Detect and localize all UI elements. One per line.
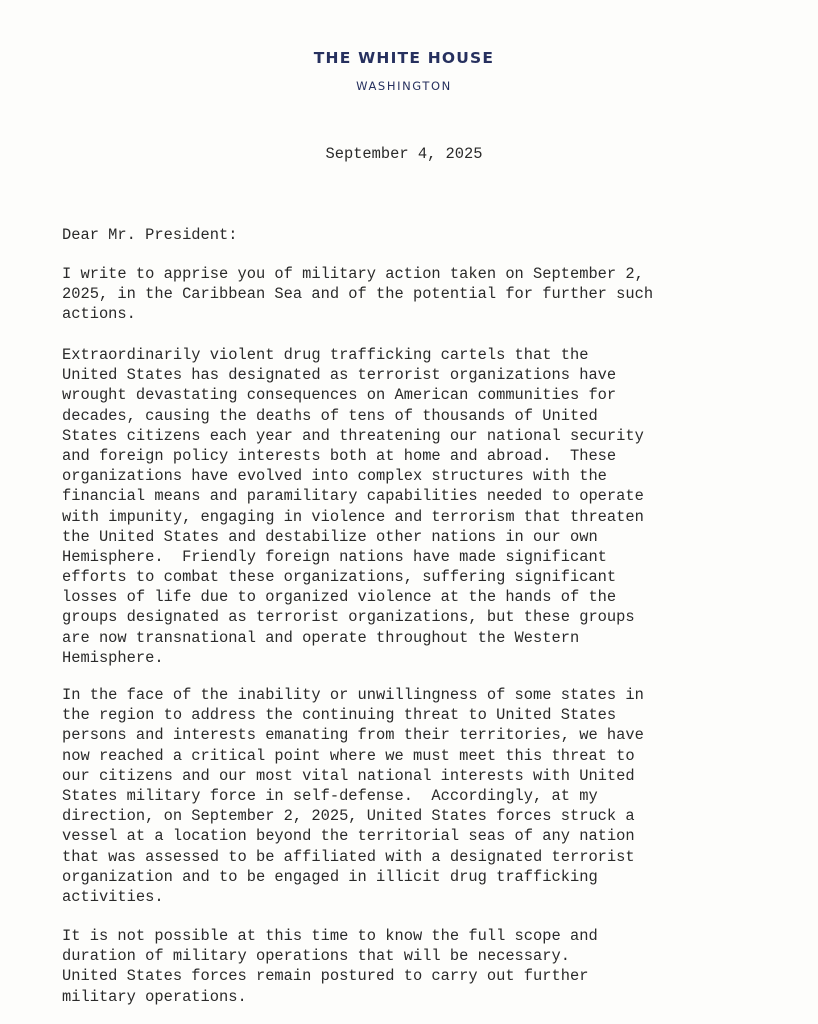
text-line: duration of military operations that wil… — [62, 946, 782, 966]
salutation: Dear Mr. President: — [62, 225, 782, 245]
text-line: decades, causing the deaths of tens of t… — [62, 406, 782, 426]
text-line: with impunity, engaging in violence and … — [62, 507, 782, 527]
text-line: the United States and destabilize other … — [62, 527, 782, 547]
text-line: organization and to be engaged in illici… — [62, 867, 782, 887]
text-line: wrought devastating consequences on Amer… — [62, 385, 782, 405]
text-line: groups designated as terrorist organizat… — [62, 607, 782, 627]
text-line: United States has designated as terroris… — [62, 365, 782, 385]
paragraph-1: I write to apprise you of military actio… — [62, 264, 782, 325]
letterhead: THE WHITE HOUSE WASHINGTON — [0, 48, 808, 94]
text-line: military operations. — [62, 987, 782, 1007]
text-line: I write to apprise you of military actio… — [62, 264, 782, 284]
text-line: efforts to combat these organizations, s… — [62, 567, 782, 587]
letter-date: September 4, 2025 — [0, 144, 808, 164]
text-line: direction, on September 2, 2025, United … — [62, 806, 782, 826]
text-line: States military force in self-defense. A… — [62, 786, 782, 806]
text-line: persons and interests emanating from the… — [62, 725, 782, 745]
letterhead-subtitle: WASHINGTON — [0, 78, 808, 94]
text-line: activities. — [62, 887, 782, 907]
letterhead-title: THE WHITE HOUSE — [0, 48, 808, 68]
paragraph-3: In the face of the inability or unwillin… — [62, 685, 782, 907]
text-line: and foreign policy interests both at hom… — [62, 446, 782, 466]
text-line: Extraordinarily violent drug trafficking… — [62, 345, 782, 365]
text-line: are now transnational and operate throug… — [62, 628, 782, 648]
text-line: In the face of the inability or unwillin… — [62, 685, 782, 705]
text-line: United States forces remain postured to … — [62, 966, 782, 986]
text-line: now reached a critical point where we mu… — [62, 746, 782, 766]
text-line: our citizens and our most vital national… — [62, 766, 782, 786]
text-line: actions. — [62, 304, 782, 324]
text-line: organizations have evolved into complex … — [62, 466, 782, 486]
text-line: It is not possible at this time to know … — [62, 926, 782, 946]
paragraph-2: Extraordinarily violent drug trafficking… — [62, 345, 782, 668]
text-line: States citizens each year and threatenin… — [62, 426, 782, 446]
text-line: that was assessed to be affiliated with … — [62, 847, 782, 867]
text-line: the region to address the continuing thr… — [62, 705, 782, 725]
text-line: 2025, in the Caribbean Sea and of the po… — [62, 284, 782, 304]
text-line: financial means and paramilitary capabil… — [62, 486, 782, 506]
paragraph-4: It is not possible at this time to know … — [62, 926, 782, 1007]
text-line: Hemisphere. Friendly foreign nations hav… — [62, 547, 782, 567]
text-line: vessel at a location beyond the territor… — [62, 826, 782, 846]
text-line: losses of life due to organized violence… — [62, 587, 782, 607]
text-line: Hemisphere. — [62, 648, 782, 668]
